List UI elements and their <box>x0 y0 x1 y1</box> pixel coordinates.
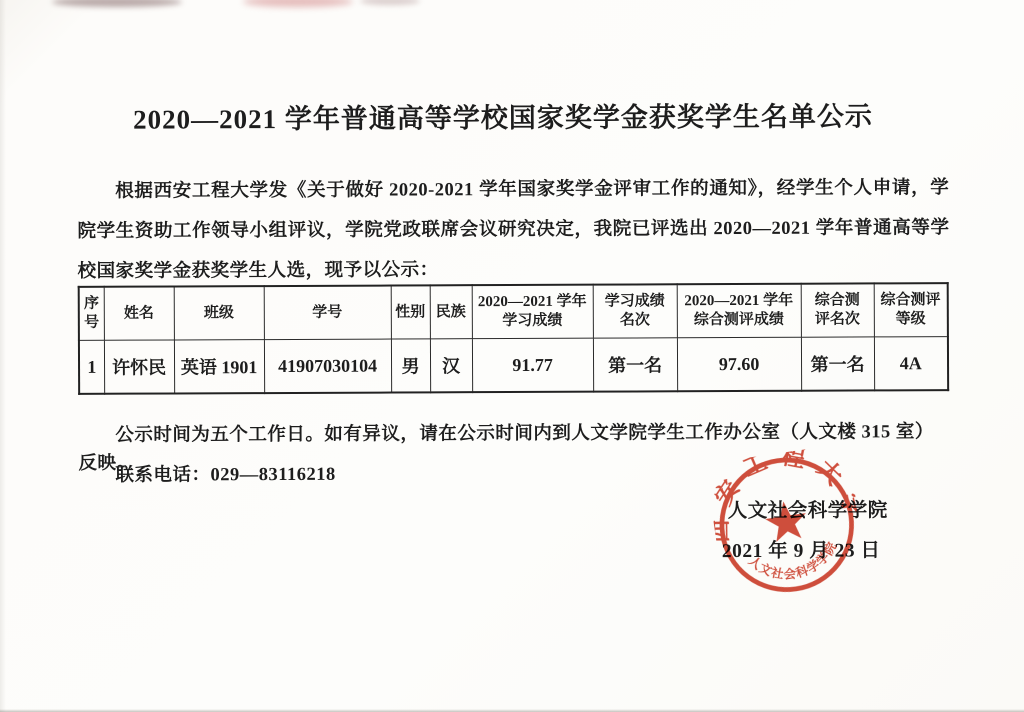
header-academic-rank: 学习成绩 名次 <box>593 284 677 338</box>
seal-outer-text: 西安工程大学 <box>705 443 868 550</box>
cell-ethnicity: 汉 <box>430 339 472 393</box>
scan-edge-shadow <box>0 0 6 712</box>
header-index: 序号 <box>79 287 104 341</box>
table-header-row: 序号 姓名 班级 学号 性别 民族 2020—2021 学年 学习成绩 学习成绩… <box>79 283 948 340</box>
header-class: 班级 <box>174 286 264 340</box>
intro-paragraph: 根据西安工程大学发《关于做好 2020-2021 学年国家奖学金评审工作的通知》… <box>77 168 950 292</box>
cell-comprehensive-rank: 第一名 <box>801 337 874 391</box>
official-seal-stamp: 西安工程大学 人文社会科学学院 <box>705 443 868 606</box>
contact-phone: 联系电话：029—83116218 <box>115 460 335 487</box>
cell-name: 许怀民 <box>104 340 174 394</box>
cell-academic-score: 91.77 <box>472 338 593 392</box>
cell-comprehensive-score: 97.60 <box>677 337 801 391</box>
header-gender: 性别 <box>391 285 430 339</box>
cell-student-id: 41907030104 <box>264 339 391 393</box>
star-icon <box>763 498 809 543</box>
header-academic-score: 2020—2021 学年 学习成绩 <box>472 285 593 339</box>
scholarship-winner-table: 序号 姓名 班级 学号 性别 民族 2020—2021 学年 学习成绩 学习成绩… <box>78 282 949 395</box>
header-comprehensive-rank: 综合测 评名次 <box>801 283 874 337</box>
scanned-announcement-page: 2020—2021 学年普通高等学校国家奖学金获奖学生名单公示 根据西安工程大学… <box>0 0 1024 712</box>
cell-class: 英语 1901 <box>174 340 264 394</box>
document-title: 2020—2021 学年普通高等学校国家奖学金获奖学生名单公示 <box>0 94 1007 137</box>
table-row: 1 许怀民 英语 1901 41907030104 男 汉 91.77 第一名 … <box>79 337 948 394</box>
header-ethnicity: 民族 <box>430 285 472 339</box>
cell-index: 1 <box>79 340 104 394</box>
header-comprehensive-score: 2020—2021 学年 综合测评成绩 <box>677 284 801 338</box>
cell-academic-rank: 第一名 <box>593 338 677 392</box>
cell-comprehensive-grade: 4A <box>874 337 948 391</box>
header-name: 姓名 <box>104 286 174 340</box>
seal-inner-text: 人文社会科学学院 <box>744 537 844 588</box>
header-comprehensive-grade: 综合测评 等级 <box>874 283 948 337</box>
document-body: 2020—2021 学年普通高等学校国家奖学金获奖学生名单公示 根据西安工程大学… <box>0 0 1024 712</box>
cell-gender: 男 <box>391 339 430 393</box>
header-student-id: 学号 <box>264 286 391 340</box>
